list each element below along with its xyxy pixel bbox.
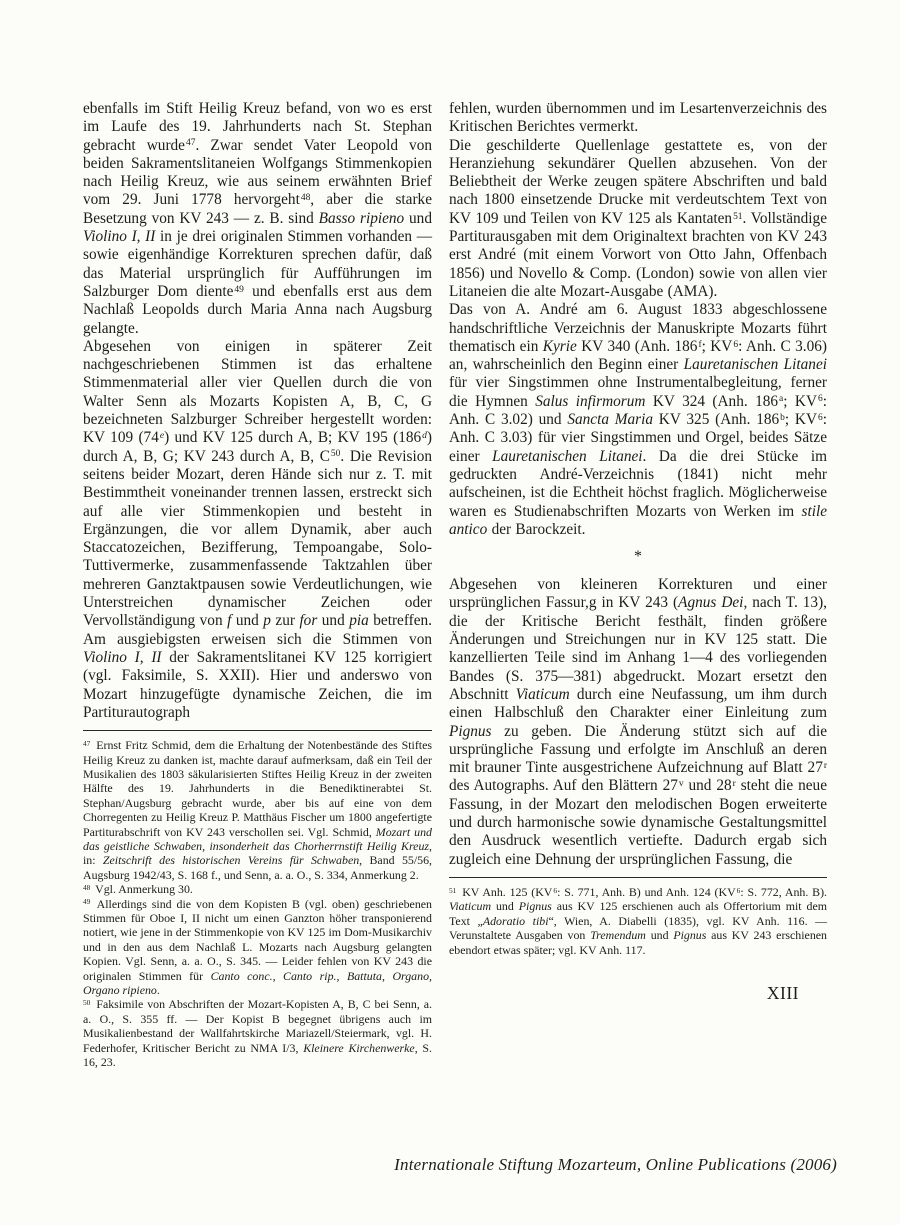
footnote-number: 48 bbox=[83, 883, 90, 892]
superscript-ref: v bbox=[679, 779, 684, 789]
superscript-ref: 47 bbox=[186, 138, 195, 148]
text-run: p bbox=[263, 612, 271, 629]
text-run: zur bbox=[271, 612, 300, 629]
text-run: Vgl. Anmerkung 30. bbox=[95, 882, 193, 896]
footnote-number: 49 bbox=[83, 897, 90, 906]
text-run: Lauretanischen Litanei bbox=[684, 356, 827, 373]
text-run: KV 340 (Anh. 186 bbox=[577, 338, 698, 355]
footnote-number: 47 bbox=[83, 739, 90, 748]
superscript-ref: 6 bbox=[818, 413, 823, 423]
text-run: des Autographs. Auf den Blättern 27 bbox=[449, 777, 678, 794]
text-run: Zeitschrift des historischen Vereins für… bbox=[103, 853, 359, 867]
text-run: . Die Revision seitens beider Mozart, de… bbox=[83, 448, 432, 630]
text-run: und bbox=[231, 612, 263, 629]
publication-footer: Internationale Stiftung Mozarteum, Onlin… bbox=[394, 1155, 837, 1175]
text-run: Agnus Dei bbox=[678, 594, 743, 611]
right-footnotes: 51 KV Anh. 125 (KV6: S. 771, Anh. B) und… bbox=[449, 885, 827, 957]
left-column: ebenfalls im Stift Heilig Kreuz befand, … bbox=[83, 100, 432, 1069]
superscript-ref: 6 bbox=[737, 886, 741, 895]
superscript-ref: a bbox=[779, 394, 783, 404]
superscript-ref: r bbox=[733, 779, 736, 789]
text-run: Ernst Fritz Schmid, dem die Erhaltung de… bbox=[83, 738, 432, 838]
text-run: fehlen, wurden übernommen und im Lesarte… bbox=[449, 100, 827, 135]
text-run: und bbox=[646, 928, 673, 942]
left-main-text: ebenfalls im Stift Heilig Kreuz befand, … bbox=[83, 100, 432, 722]
footnote: 51 KV Anh. 125 (KV6: S. 771, Anh. B) und… bbox=[449, 885, 827, 957]
footnote: 49 Allerdings sind die von dem Kopisten … bbox=[83, 897, 432, 998]
text-run: ) und KV 125 durch A, B; KV 195 (186 bbox=[164, 429, 421, 446]
text-run: : S. 772, Anh. B). bbox=[740, 885, 827, 899]
text-run: zu geben. Die Änderung stützt sich auf d… bbox=[449, 723, 827, 777]
text-run: for bbox=[299, 612, 317, 629]
text-run: KV Anh. 125 (KV bbox=[462, 885, 552, 899]
left-footnotes: 47 Ernst Fritz Schmid, dem die Erhaltung… bbox=[83, 738, 432, 1069]
text-run: Sancta Maria bbox=[567, 411, 653, 428]
text-run: und bbox=[404, 210, 432, 227]
superscript-ref: 50 bbox=[331, 449, 340, 459]
superscript-ref: d bbox=[422, 431, 427, 441]
text-run: Pignus bbox=[673, 928, 706, 942]
left-footnote-rule bbox=[83, 730, 432, 731]
text-run: Pignus bbox=[449, 723, 492, 740]
text-run: Salus infirmorum bbox=[535, 393, 645, 410]
page-number: XIII bbox=[449, 983, 827, 1004]
text-run: Viaticum bbox=[516, 686, 570, 703]
superscript-ref: 51 bbox=[733, 212, 742, 222]
paragraph: fehlen, wurden übernommen und im Lesarte… bbox=[449, 100, 827, 137]
footnote-number: 50 bbox=[83, 998, 90, 1007]
footnote-number: 51 bbox=[449, 886, 456, 895]
superscript-ref: r bbox=[824, 761, 827, 771]
text-run: KV 324 (Anh. 186 bbox=[645, 393, 778, 410]
paragraph: ebenfalls im Stift Heilig Kreuz befand, … bbox=[83, 100, 432, 338]
footnote: 47 Ernst Fritz Schmid, dem die Erhaltung… bbox=[83, 738, 432, 882]
text-run: und 28 bbox=[684, 777, 732, 794]
footnote: 48 Vgl. Anmerkung 30. bbox=[83, 882, 432, 896]
right-main-text-top: fehlen, wurden übernommen und im Lesarte… bbox=[449, 100, 827, 539]
superscript-ref: e bbox=[160, 431, 164, 441]
right-footnote-rule bbox=[449, 877, 827, 878]
text-run: Viaticum bbox=[449, 899, 491, 913]
paragraph: Abgesehen von einigen in späterer Zeit n… bbox=[83, 338, 432, 722]
text-run: Violino I, II bbox=[83, 228, 155, 245]
paragraph: Abgesehen von kleineren Korrekturen und … bbox=[449, 576, 827, 869]
right-column: fehlen, wurden übernommen und im Lesarte… bbox=[449, 100, 827, 1069]
footnote: 50 Faksimile von Abschriften der Mozart-… bbox=[83, 997, 432, 1069]
right-main-text-bottom: Abgesehen von kleineren Korrekturen und … bbox=[449, 576, 827, 869]
text-run: Kleinere Kirchenwerke bbox=[303, 1041, 415, 1055]
superscript-ref: 48 bbox=[301, 193, 310, 203]
text-run: Basso ripieno bbox=[319, 210, 405, 227]
text-run: : S. 771, Anh. B) und Anh. 124 (KV bbox=[557, 885, 736, 899]
text-run: . bbox=[157, 983, 160, 997]
text-run: Tremendum bbox=[590, 928, 646, 942]
text-run: ; KV bbox=[702, 338, 733, 355]
superscript-ref: 49 bbox=[234, 285, 243, 295]
text-run: Lauretanischen Litanei bbox=[492, 448, 642, 465]
text-run: und bbox=[491, 899, 519, 913]
superscript-ref: 6 bbox=[733, 340, 738, 350]
superscript-ref: 6 bbox=[818, 394, 823, 404]
asterisk-section-separator: * bbox=[449, 548, 827, 566]
superscript-ref: 6 bbox=[553, 886, 557, 895]
text-run: der Barockzeit. bbox=[487, 521, 585, 538]
text-run: Violino I, II bbox=[83, 649, 162, 666]
scanned-book-page: ebenfalls im Stift Heilig Kreuz befand, … bbox=[0, 0, 900, 1225]
text-run: ; KV bbox=[785, 411, 817, 428]
text-run: ; KV bbox=[783, 393, 817, 410]
text-run: KV 325 (Anh. 186 bbox=[653, 411, 779, 428]
superscript-ref: b bbox=[780, 413, 785, 423]
text-run: Pignus bbox=[519, 899, 552, 913]
paragraph: Das von A. André am 6. August 1833 abges… bbox=[449, 301, 827, 539]
two-column-layout: ebenfalls im Stift Heilig Kreuz befand, … bbox=[83, 100, 828, 1069]
text-run: pia bbox=[349, 612, 369, 629]
text-run: Kyrie bbox=[543, 338, 577, 355]
paragraph: Die geschilderte Quellenlage gestattete … bbox=[449, 137, 827, 302]
text-run: Adoratio tibi bbox=[483, 914, 549, 928]
text-run: und bbox=[317, 612, 349, 629]
superscript-ref: f bbox=[698, 340, 701, 350]
